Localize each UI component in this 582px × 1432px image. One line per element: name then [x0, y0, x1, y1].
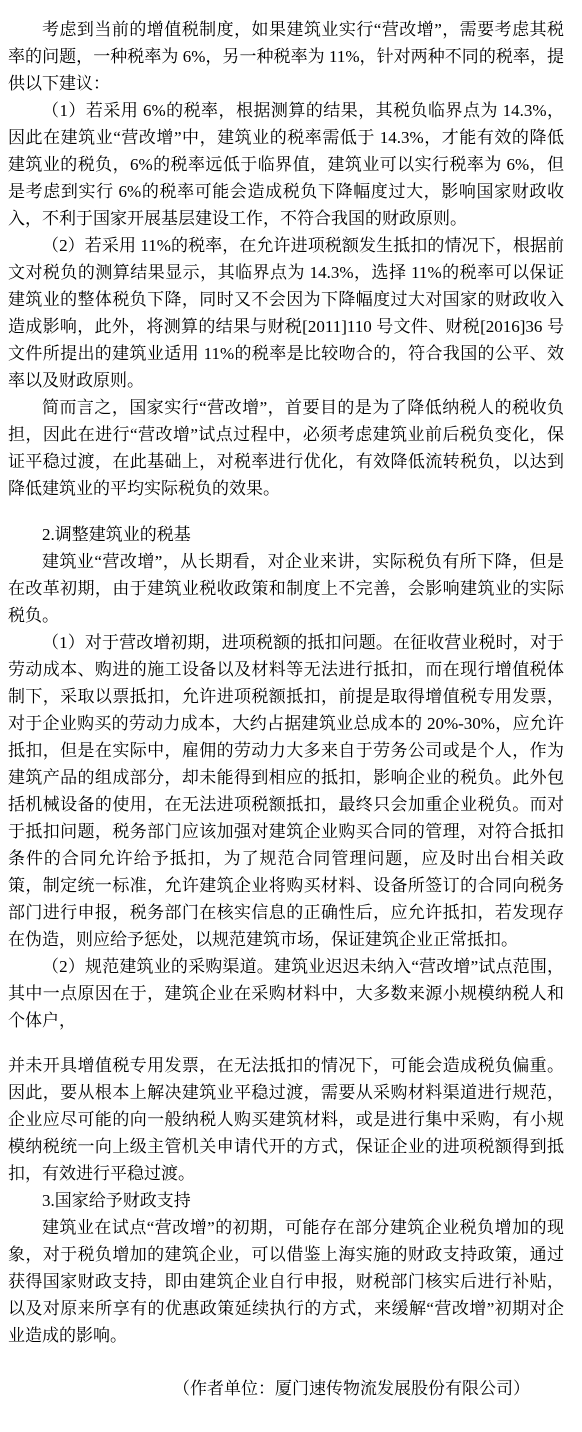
continuation-paragraph: 并未开具增值税专用发票，在无法抵扣的情况下，可能会造成税负偏重。因此，要从根本上… [8, 1052, 564, 1187]
body-paragraph: 建筑业“营改增”，从长期看，对企业来讲，实际税负有所下降，但是在改革初期，由于建… [8, 548, 564, 629]
document-page: 考虑到当前的增值税制度，如果建筑业实行“营改增”，需要考虑其税率的问题，一种税率… [0, 0, 582, 1432]
body-paragraph: （2）若采用 11%的税率，在允许进项税额发生抵扣的情况下，根据前文对税负的测算… [8, 232, 564, 394]
body-paragraph: （1）若采用 6%的税率，根据测算的结果，其税负临界点为 14.3%，因此在建筑… [8, 97, 564, 232]
body-paragraph: （2）规范建筑业的采购渠道。建筑业迟迟未纳入“营改增”试点范围，其中一点原因在于… [8, 953, 564, 1034]
document-body: 考虑到当前的增值税制度，如果建筑业实行“营改增”，需要考虑其税率的问题，一种税率… [8, 16, 564, 1402]
page: { "page": { "background_color": "#ffffff… [0, 0, 582, 1432]
body-paragraph: 简而言之，国家实行“营改增”，首要目的是为了降低纳税人的税收负担，因此在进行“营… [8, 394, 564, 502]
section-heading: 2.调整建筑业的税基 [8, 521, 564, 548]
author-credit: （作者单位：厦门速传物流发展股份有限公司） [8, 1375, 564, 1402]
body-paragraph: 建筑业在试点“营改增”的初期，可能存在部分建筑企业税负增加的现象，对于税负增加的… [8, 1214, 564, 1349]
body-paragraph: （1）对于营改增初期，进项税额的抵扣问题。在征收营业税时，对于劳动成本、购进的施… [8, 629, 564, 953]
section-heading: 3.国家给予财政支持 [8, 1187, 564, 1214]
body-paragraph: 考虑到当前的增值税制度，如果建筑业实行“营改增”，需要考虑其税率的问题，一种税率… [8, 16, 564, 97]
